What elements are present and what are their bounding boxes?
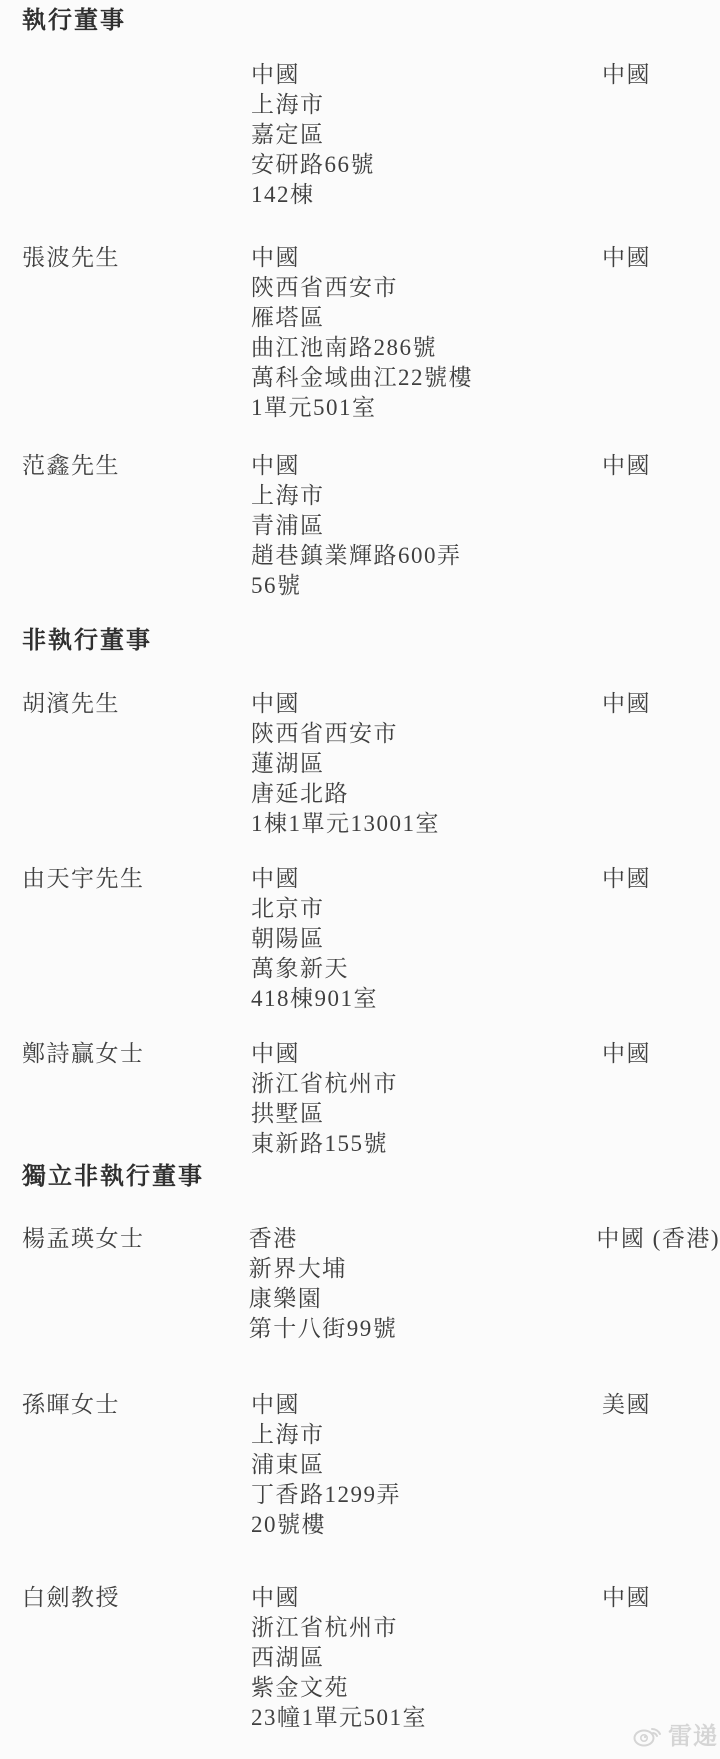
director-row: 由天宇先生中國北京市朝陽區萬象新天418棟901室中國 bbox=[0, 864, 720, 1014]
section-header-label: 執行董事 bbox=[22, 7, 126, 34]
address-line: 萬象新天 bbox=[251, 954, 602, 984]
section-header: 非執行董事 bbox=[0, 626, 720, 656]
director-nationality: 中國 (香港) bbox=[596, 1224, 720, 1344]
director-address: 中國陝西省西安市雁塔區曲江池南路286號萬科金域曲江22號樓1單元501室 bbox=[251, 243, 602, 423]
director-name: 胡濱先生 bbox=[0, 689, 251, 839]
address-line: 東新路155號 bbox=[251, 1129, 602, 1159]
watermark: 雷递 bbox=[632, 1716, 718, 1751]
director-nationality: 中國 bbox=[602, 60, 720, 210]
section-header: 執行董事 bbox=[0, 6, 720, 36]
address-line: 中國 bbox=[251, 1039, 602, 1069]
director-row: 孫暉女士中國上海市浦東區丁香路1299弄20號樓美國 bbox=[0, 1390, 720, 1540]
address-line: 新界大埔 bbox=[249, 1254, 597, 1284]
director-address: 中國上海市浦東區丁香路1299弄20號樓 bbox=[251, 1390, 602, 1540]
address-line: 北京市 bbox=[251, 894, 602, 924]
section-header: 獨立非執行董事 bbox=[0, 1162, 720, 1192]
document-page: 執行董事中國上海市嘉定區安研路66號142棟中國張波先生中國陝西省西安市雁塔區曲… bbox=[0, 0, 720, 1759]
address-line: 上海市 bbox=[251, 90, 602, 120]
address-line: 康樂園 bbox=[249, 1284, 597, 1314]
address-line: 中國 bbox=[251, 1583, 602, 1613]
section-header-label: 非執行董事 bbox=[22, 627, 152, 654]
address-line: 中國 bbox=[251, 864, 602, 894]
address-line: 嘉定區 bbox=[251, 120, 602, 150]
director-address: 中國陝西省西安市蓮湖區唐延北路1棟1單元13001室 bbox=[251, 689, 602, 839]
address-line: 青浦區 bbox=[251, 511, 602, 541]
director-nationality: 中國 bbox=[602, 689, 720, 839]
director-nationality: 中國 bbox=[602, 1039, 720, 1159]
address-line: 20號樓 bbox=[251, 1510, 602, 1540]
director-nationality: 中國 bbox=[602, 243, 720, 423]
director-nationality: 中國 bbox=[602, 864, 720, 1014]
address-line: 中國 bbox=[251, 1390, 602, 1420]
director-address: 中國浙江省杭州市西湖區紫金文苑23幢1單元501室 bbox=[251, 1583, 602, 1733]
address-line: 23幢1單元501室 bbox=[251, 1703, 602, 1733]
address-line: 蓮湖區 bbox=[251, 749, 602, 779]
director-name: 楊孟瑛女士 bbox=[0, 1224, 249, 1344]
address-line: 西湖區 bbox=[251, 1643, 602, 1673]
director-address: 中國上海市青浦區趙巷鎮業輝路600弄56號 bbox=[251, 451, 602, 601]
address-line: 中國 bbox=[251, 451, 602, 481]
address-line: 陝西省西安市 bbox=[251, 273, 602, 303]
director-address: 中國浙江省杭州市拱墅區東新路155號 bbox=[251, 1039, 602, 1159]
director-row: 鄭詩贏女士中國浙江省杭州市拱墅區東新路155號中國 bbox=[0, 1039, 720, 1159]
director-address: 中國上海市嘉定區安研路66號142棟 bbox=[251, 60, 602, 210]
address-line: 第十八街99號 bbox=[249, 1314, 597, 1344]
address-line: 浙江省杭州市 bbox=[251, 1613, 602, 1643]
director-nationality: 美國 bbox=[602, 1390, 720, 1540]
address-line: 56號 bbox=[251, 571, 602, 601]
director-address: 中國北京市朝陽區萬象新天418棟901室 bbox=[251, 864, 602, 1014]
director-name: 白劍教授 bbox=[0, 1583, 251, 1733]
address-line: 朝陽區 bbox=[251, 924, 602, 954]
director-name: 由天宇先生 bbox=[0, 864, 251, 1014]
address-line: 萬科金域曲江22號樓 bbox=[251, 363, 602, 393]
address-line: 上海市 bbox=[251, 1420, 602, 1450]
director-name: 范鑫先生 bbox=[0, 451, 251, 601]
address-line: 1單元501室 bbox=[251, 393, 602, 423]
address-line: 浙江省杭州市 bbox=[251, 1069, 602, 1099]
director-nationality: 中國 bbox=[602, 1583, 720, 1733]
director-row: 張波先生中國陝西省西安市雁塔區曲江池南路286號萬科金域曲江22號樓1單元501… bbox=[0, 243, 720, 423]
section-header-label: 獨立非執行董事 bbox=[22, 1163, 204, 1190]
director-row: 白劍教授中國浙江省杭州市西湖區紫金文苑23幢1單元501室中國 bbox=[0, 1583, 720, 1733]
address-line: 唐延北路 bbox=[251, 779, 602, 809]
address-line: 安研路66號 bbox=[251, 150, 602, 180]
address-line: 上海市 bbox=[251, 481, 602, 511]
address-line: 拱墅區 bbox=[251, 1099, 602, 1129]
address-line: 丁香路1299弄 bbox=[251, 1480, 602, 1510]
address-line: 陝西省西安市 bbox=[251, 719, 602, 749]
address-line: 趙巷鎮業輝路600弄 bbox=[251, 541, 602, 571]
director-row: 范鑫先生中國上海市青浦區趙巷鎮業輝路600弄56號中國 bbox=[0, 451, 720, 601]
director-nationality: 中國 bbox=[602, 451, 720, 601]
weibo-icon bbox=[632, 1720, 664, 1748]
director-row: 胡濱先生中國陝西省西安市蓮湖區唐延北路1棟1單元13001室中國 bbox=[0, 689, 720, 839]
address-line: 418棟901室 bbox=[251, 984, 602, 1014]
director-name: 孫暉女士 bbox=[0, 1390, 251, 1540]
watermark-label: 雷递 bbox=[668, 1716, 718, 1751]
director-name: 鄭詩贏女士 bbox=[0, 1039, 251, 1159]
directors-table: 執行董事中國上海市嘉定區安研路66號142棟中國張波先生中國陝西省西安市雁塔區曲… bbox=[0, 0, 720, 1733]
director-name: 張波先生 bbox=[0, 243, 251, 423]
address-line: 142棟 bbox=[251, 180, 602, 210]
director-row: 中國上海市嘉定區安研路66號142棟中國 bbox=[0, 60, 720, 210]
address-line: 中國 bbox=[251, 60, 602, 90]
address-line: 雁塔區 bbox=[251, 303, 602, 333]
address-line: 1棟1單元13001室 bbox=[251, 809, 602, 839]
address-line: 香港 bbox=[249, 1224, 597, 1254]
director-address: 香港新界大埔康樂園第十八街99號 bbox=[249, 1224, 597, 1344]
address-line: 紫金文苑 bbox=[251, 1673, 602, 1703]
director-name bbox=[0, 60, 251, 210]
address-line: 曲江池南路286號 bbox=[251, 333, 602, 363]
address-line: 中國 bbox=[251, 243, 602, 273]
director-row: 楊孟瑛女士香港新界大埔康樂園第十八街99號中國 (香港) bbox=[0, 1224, 720, 1344]
address-line: 中國 bbox=[251, 689, 602, 719]
address-line: 浦東區 bbox=[251, 1450, 602, 1480]
